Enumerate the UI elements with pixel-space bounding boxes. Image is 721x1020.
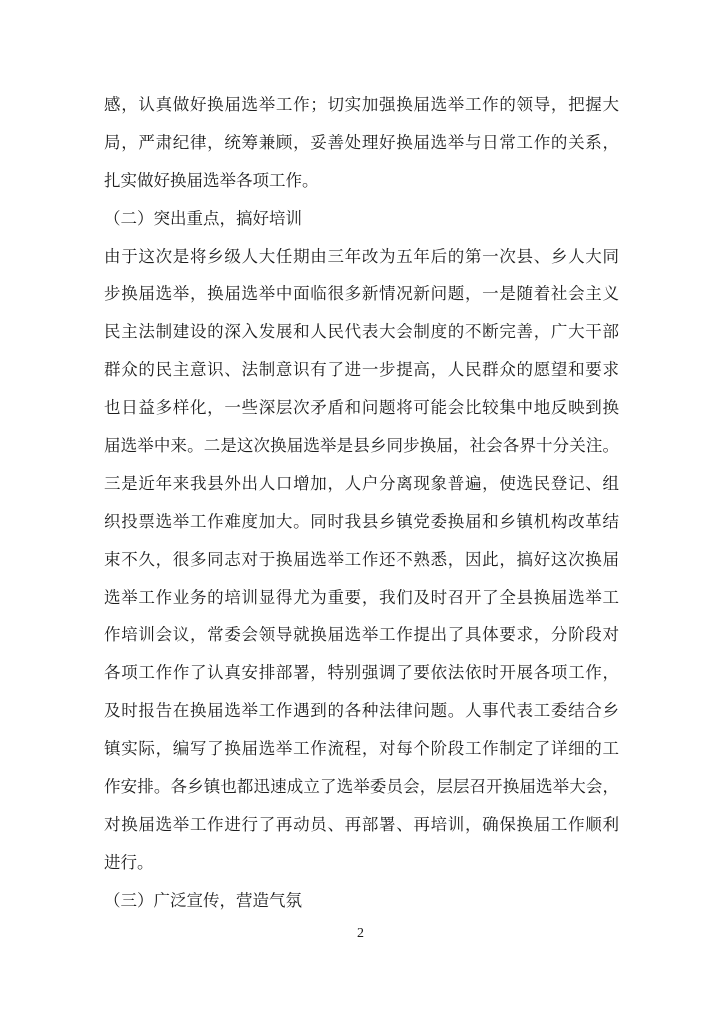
page-number: 2 <box>357 926 364 941</box>
text-line: 届选举中来。二是这次换届选举是县乡同步换届，社会各界十分关注。 <box>104 427 619 465</box>
page-footer: 2 <box>0 924 721 944</box>
text-line: 群众的民主意识、法制意识有了进一步提高，人民群众的愿望和要求 <box>104 351 619 389</box>
document-page: 感，认真做好换届选举工作；切实加强换届选举工作的领导，把握大 局，严肃纪律，统筹… <box>0 0 721 1020</box>
text-line: 对换届选举工作进行了再动员、再部署、再培训，确保换届工作顺利 <box>104 806 619 844</box>
text-line: 选举工作业务的培训显得尤为重要，我们及时召开了全县换届选举工 <box>104 579 619 617</box>
text-line: 三是近年来我县外出人口增加，人户分离现象普遍，使选民登记、组 <box>104 465 619 503</box>
text-line: 民主法制建设的深入发展和人民代表大会制度的不断完善，广大干部 <box>104 313 619 351</box>
text-line: 也日益多样化，一些深层次矛盾和问题将可能会比较集中地反映到换 <box>104 389 619 427</box>
text-line: 感，认真做好换届选举工作；切实加强换届选举工作的领导，把握大 <box>104 86 619 124</box>
text-line: 各项工作作了认真安排部署，特别强调了要依法依时开展各项工作， <box>104 654 619 692</box>
document-body: 感，认真做好换届选举工作；切实加强换届选举工作的领导，把握大 局，严肃纪律，统筹… <box>104 86 619 920</box>
text-line: 局，严肃纪律，统筹兼顾，妥善处理好换届选举与日常工作的关系， <box>104 124 619 162</box>
section-heading-3: （三）广泛宣传，营造气氛 <box>104 882 619 920</box>
text-line: 由于这次是将乡级人大任期由三年改为五年后的第一次县、乡人大同 <box>104 238 619 276</box>
text-line: 步换届选举，换届选举中面临很多新情况新问题，一是随着社会主义 <box>104 275 619 313</box>
text-line: 束不久，很多同志对于换届选举工作还不熟悉，因此，搞好这次换届 <box>104 541 619 579</box>
text-line: 进行。 <box>104 844 619 882</box>
text-line: 及时报告在换届选举工作遇到的各种法律问题。人事代表工委结合乡 <box>104 692 619 730</box>
section-heading-2: （二）突出重点，搞好培训 <box>104 200 619 238</box>
text-line: 扎实做好换届选举各项工作。 <box>104 162 619 200</box>
text-line: 织投票选举工作难度加大。同时我县乡镇党委换届和乡镇机构改革结 <box>104 503 619 541</box>
text-line: 作培训会议，常委会领导就换届选举工作提出了具体要求，分阶段对 <box>104 616 619 654</box>
text-line: 镇实际，编写了换届选举工作流程，对每个阶段工作制定了详细的工 <box>104 730 619 768</box>
text-line: 作安排。各乡镇也都迅速成立了选举委员会，层层召开换届选举大会， <box>104 768 619 806</box>
